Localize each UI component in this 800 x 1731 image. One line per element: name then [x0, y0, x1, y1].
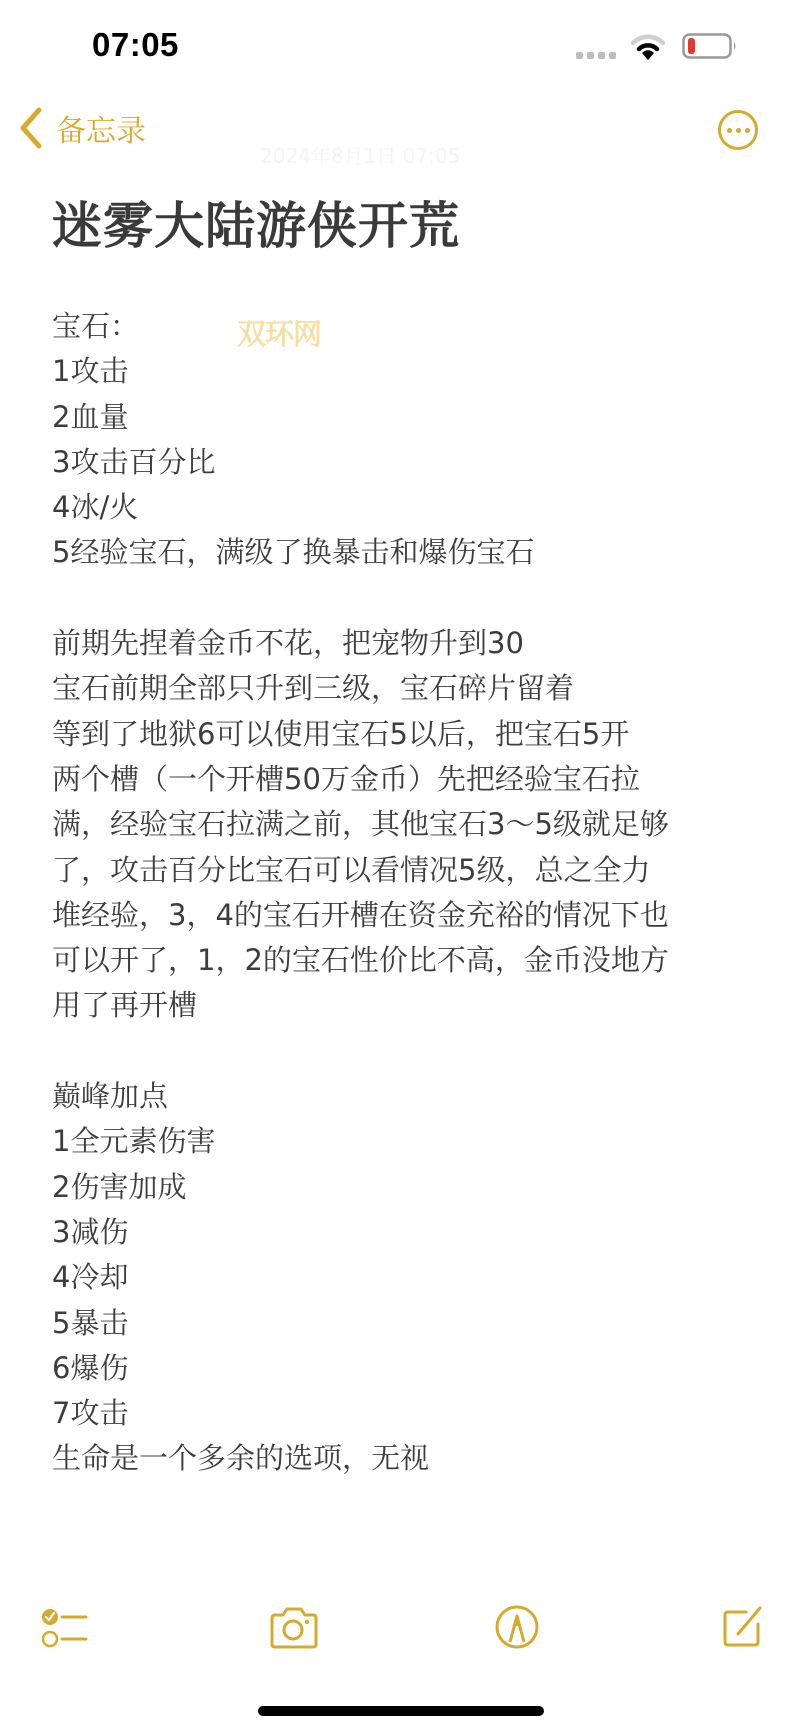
note-line: 5经验宝石，满级了换暴击和爆伤宝石 — [52, 530, 762, 575]
note-line: 1攻击 — [52, 349, 762, 394]
note-line: 等到了地狱6可以使用宝石5以后，把宝石5开 — [52, 712, 762, 757]
note-line: 满，经验宝石拉满之前，其他宝石3～5级就足够 — [52, 802, 762, 847]
note-line: 前期先捏着金币不花，把宠物升到30 — [52, 621, 762, 666]
note-line: 1全元素伤害 — [52, 1119, 762, 1164]
note-line: 可以开了，1，2的宝石性价比不高，金币没地方 — [52, 938, 762, 983]
note-line: 了，攻击百分比宝石可以看情况5级，总之全力 — [52, 848, 762, 893]
note-line: 生命是一个多余的选项，无视 — [52, 1436, 762, 1481]
wifi-icon — [630, 33, 666, 61]
home-indicator[interactable] — [258, 1706, 544, 1716]
note-date: 2024年8月1日 07:05 — [260, 140, 460, 169]
blank-line — [52, 1029, 762, 1074]
note-line: 堆经验，3，4的宝石开槽在资金充裕的情况下也 — [52, 893, 762, 938]
note-line: 5暴击 — [52, 1301, 762, 1346]
note-line: 宝石前期全部只升到三级，宝石碎片留着 — [52, 666, 762, 711]
note-line: 3减伤 — [52, 1210, 762, 1255]
note-line: 6爆伤 — [52, 1346, 762, 1391]
note-line: 3攻击百分比 — [52, 440, 762, 485]
note-title[interactable]: 迷雾大陆游侠开荒 — [52, 186, 460, 258]
battery-low-icon — [682, 33, 738, 59]
signal-dots-icon — [576, 52, 616, 59]
checklist-icon[interactable] — [40, 1608, 90, 1648]
note-line: 两个槽（一个开槽50万金币）先把经验宝石拉 — [52, 757, 762, 802]
note-line: 4冷却 — [52, 1255, 762, 1300]
note-line: 4冰/火 — [52, 485, 762, 530]
ellipsis-circle-icon — [727, 128, 732, 133]
blank-line — [52, 576, 762, 621]
note-line: 2血量 — [52, 395, 762, 440]
camera-icon[interactable] — [268, 1606, 320, 1650]
note-line: 用了再开槽 — [52, 983, 762, 1028]
note-line: 宝石： — [52, 304, 762, 349]
chevron-left-icon — [18, 106, 44, 150]
note-line: 2伤害加成 — [52, 1165, 762, 1210]
compose-icon[interactable] — [720, 1604, 766, 1650]
back-label: 备忘录 — [56, 106, 146, 150]
status-time: 07:05 — [92, 26, 179, 64]
watermark: 双环网 — [237, 312, 321, 353]
status-bar: 07:05 — [0, 0, 800, 90]
bottom-toolbar — [0, 1600, 800, 1660]
note-line: 巅峰加点 — [52, 1074, 762, 1119]
note-line: 7攻击 — [52, 1391, 762, 1436]
markup-pen-icon[interactable] — [494, 1604, 540, 1650]
note-body[interactable]: 宝石： 1攻击 2血量 3攻击百分比 4冰/火 5经验宝石，满级了换暴击和爆伤宝… — [52, 304, 762, 1482]
more-options-button[interactable] — [718, 110, 758, 150]
back-button[interactable]: 备忘录 — [18, 106, 146, 150]
